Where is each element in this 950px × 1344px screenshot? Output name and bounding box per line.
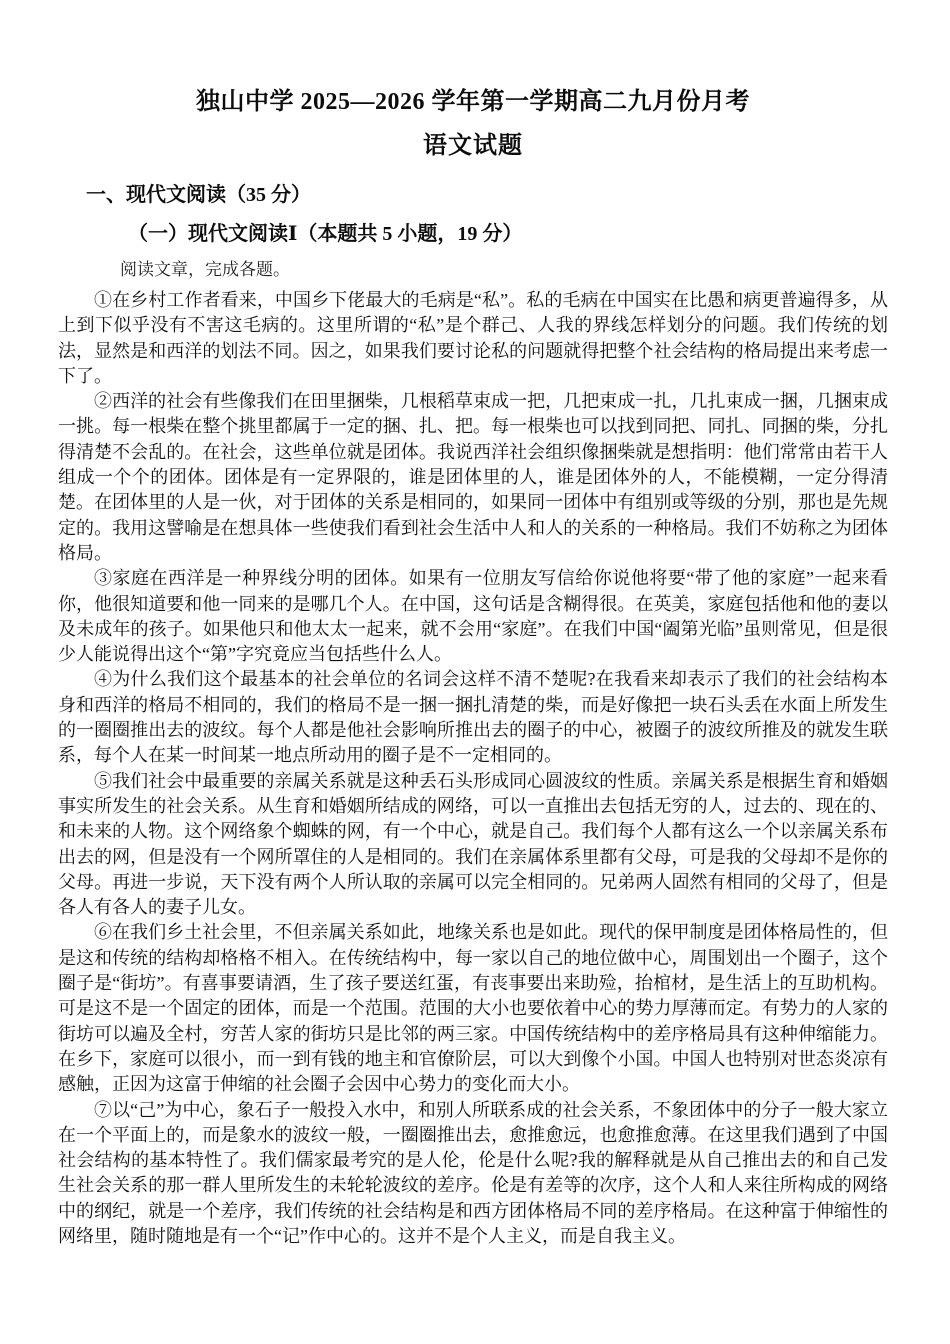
passage-paragraph-6: ⑥在我们乡土社会里，不但亲属关系如此，地缘关系也是如此。现代的保甲制度是团体格局… — [58, 920, 888, 1097]
exam-page: 独山中学 2025—2026 学年第一学期高二九月份月考 语文试题 一、现代文阅… — [0, 0, 950, 1344]
exam-header: 独山中学 2025—2026 学年第一学期高二九月份月考 语文试题 — [58, 84, 888, 164]
exam-subtitle: 语文试题 — [58, 128, 888, 164]
passage-paragraph-5: ⑤我们社会中最重要的亲属关系就是这种丢石头形成同心圆波纹的性质。亲属关系是根据生… — [58, 769, 888, 921]
passage-paragraph-4: ④为什么我们这个最基本的社会单位的名词会这样不清不楚呢?在我看来却表示了我们的社… — [58, 667, 888, 768]
reading-instruction: 阅读文章，完成各题。 — [58, 257, 888, 283]
reading-passage: ①在乡村工作者看来，中国乡下佬最大的毛病是“私”。私的毛病在中国实在比愚和病更普… — [58, 288, 888, 1249]
passage-paragraph-3: ③家庭在西洋是一种界线分明的团体。如果有一位朋友写信给你说他将要“带了他的家庭”… — [58, 566, 888, 667]
passage-paragraph-1: ①在乡村工作者看来，中国乡下佬最大的毛病是“私”。私的毛病在中国实在比愚和病更普… — [58, 288, 888, 389]
section-heading-modern-reading: 一、现代文阅读（35 分） — [58, 180, 888, 210]
passage-paragraph-7: ⑦以“己”为中心，象石子一般投入水中，和别人所联系成的社会关系，不象团体中的分子… — [58, 1098, 888, 1250]
passage-paragraph-2: ②西洋的社会有些像我们在田里捆柴，几根稻草束成一把，几把束成一扎，几扎束成一捆，… — [58, 389, 888, 566]
subsection-heading-reading-1: （一）现代文阅读Ⅰ（本题共 5 小题，19 分） — [58, 219, 888, 249]
exam-title: 独山中学 2025—2026 学年第一学期高二九月份月考 — [58, 84, 888, 120]
